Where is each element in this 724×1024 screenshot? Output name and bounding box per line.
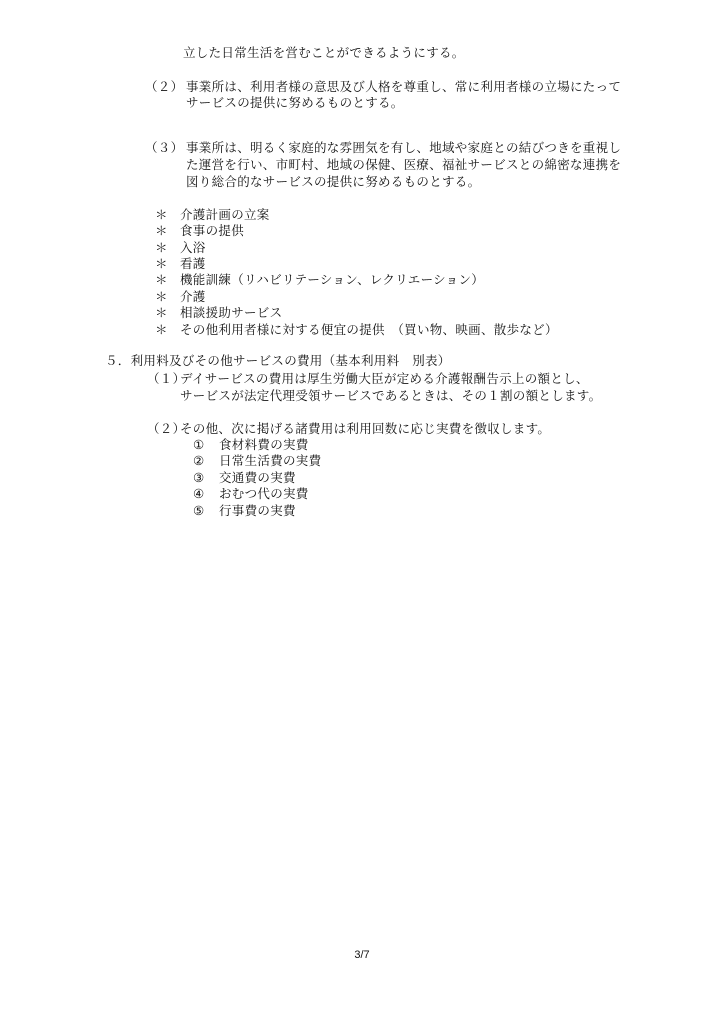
fee-item: 食材料費の実費 — [219, 437, 309, 453]
list-item: 看護 — [180, 256, 206, 272]
fee-item: 交通費の実費 — [219, 470, 296, 486]
bullet-icon: ＊ — [155, 289, 168, 305]
intro-continuation: 立した日常生活を営むことができるようにする。 — [183, 45, 465, 61]
bullet-icon: ＊ — [155, 223, 168, 239]
circled-number: ② — [193, 453, 205, 469]
clause-text-line: 事業所は、利用者様の意思及び人格を尊重し、常に利用者様の立場にたって — [186, 79, 621, 95]
circled-number: ③ — [193, 470, 205, 486]
page-number: 3/7 — [0, 949, 724, 961]
bullet-icon: ＊ — [155, 272, 168, 288]
bullet-icon: ＊ — [155, 322, 168, 338]
list-item: 介護 — [180, 289, 206, 305]
fee-item: 行事費の実費 — [219, 503, 296, 519]
clause-text-line: サービスの提供に努めるものとする。 — [186, 95, 404, 111]
list-item: その他利用者様に対する便宜の提供 （買い物、映画、散歩など） — [180, 322, 558, 338]
list-item: 食事の提供 — [180, 223, 244, 239]
bullet-icon: ＊ — [155, 256, 168, 272]
list-item: 介護計画の立案 — [180, 207, 270, 223]
clause-text-line: 事業所は、明るく家庭的な雰囲気を有し、地域や家庭との結びつきを重視し — [186, 140, 621, 156]
circled-number: ① — [193, 437, 205, 453]
section-heading: ５．利用料及びその他サービスの費用（基本利用料 別表） — [105, 353, 451, 369]
fee-item: 日常生活費の実費 — [219, 453, 321, 469]
clause-text-line: た運営を行い、市町村、地域の保健、医療、福祉サービスとの綿密な連携を — [186, 157, 621, 173]
sub-text-line: デイサービスの費用は厚生労働大臣が定める介護報酬告示上の額とし、 — [180, 371, 589, 387]
sub-text-line: サービスが法定代理受領サービスであるときは、その１割の額とします。 — [180, 388, 601, 404]
list-item: 入浴 — [180, 240, 206, 256]
bullet-icon: ＊ — [155, 240, 168, 256]
list-item: 機能訓練（リハビリテーション、レクリエーション） — [180, 272, 484, 288]
clause-number: （２） — [145, 79, 183, 95]
circled-number: ④ — [193, 486, 205, 502]
clause-text-line: 図り総合的なサービスの提供に努めるものとする。 — [186, 174, 480, 190]
bullet-icon: ＊ — [155, 207, 168, 223]
fee-item: おむつ代の実費 — [219, 486, 309, 502]
sub-text-line: その他、次に掲げる諸費用は利用回数に応じ実費を徴収します。 — [180, 421, 550, 437]
clause-number: （３） — [145, 140, 183, 156]
circled-number: ⑤ — [193, 503, 205, 519]
list-item: 相談援助サービス — [180, 305, 282, 321]
bullet-icon: ＊ — [155, 305, 168, 321]
